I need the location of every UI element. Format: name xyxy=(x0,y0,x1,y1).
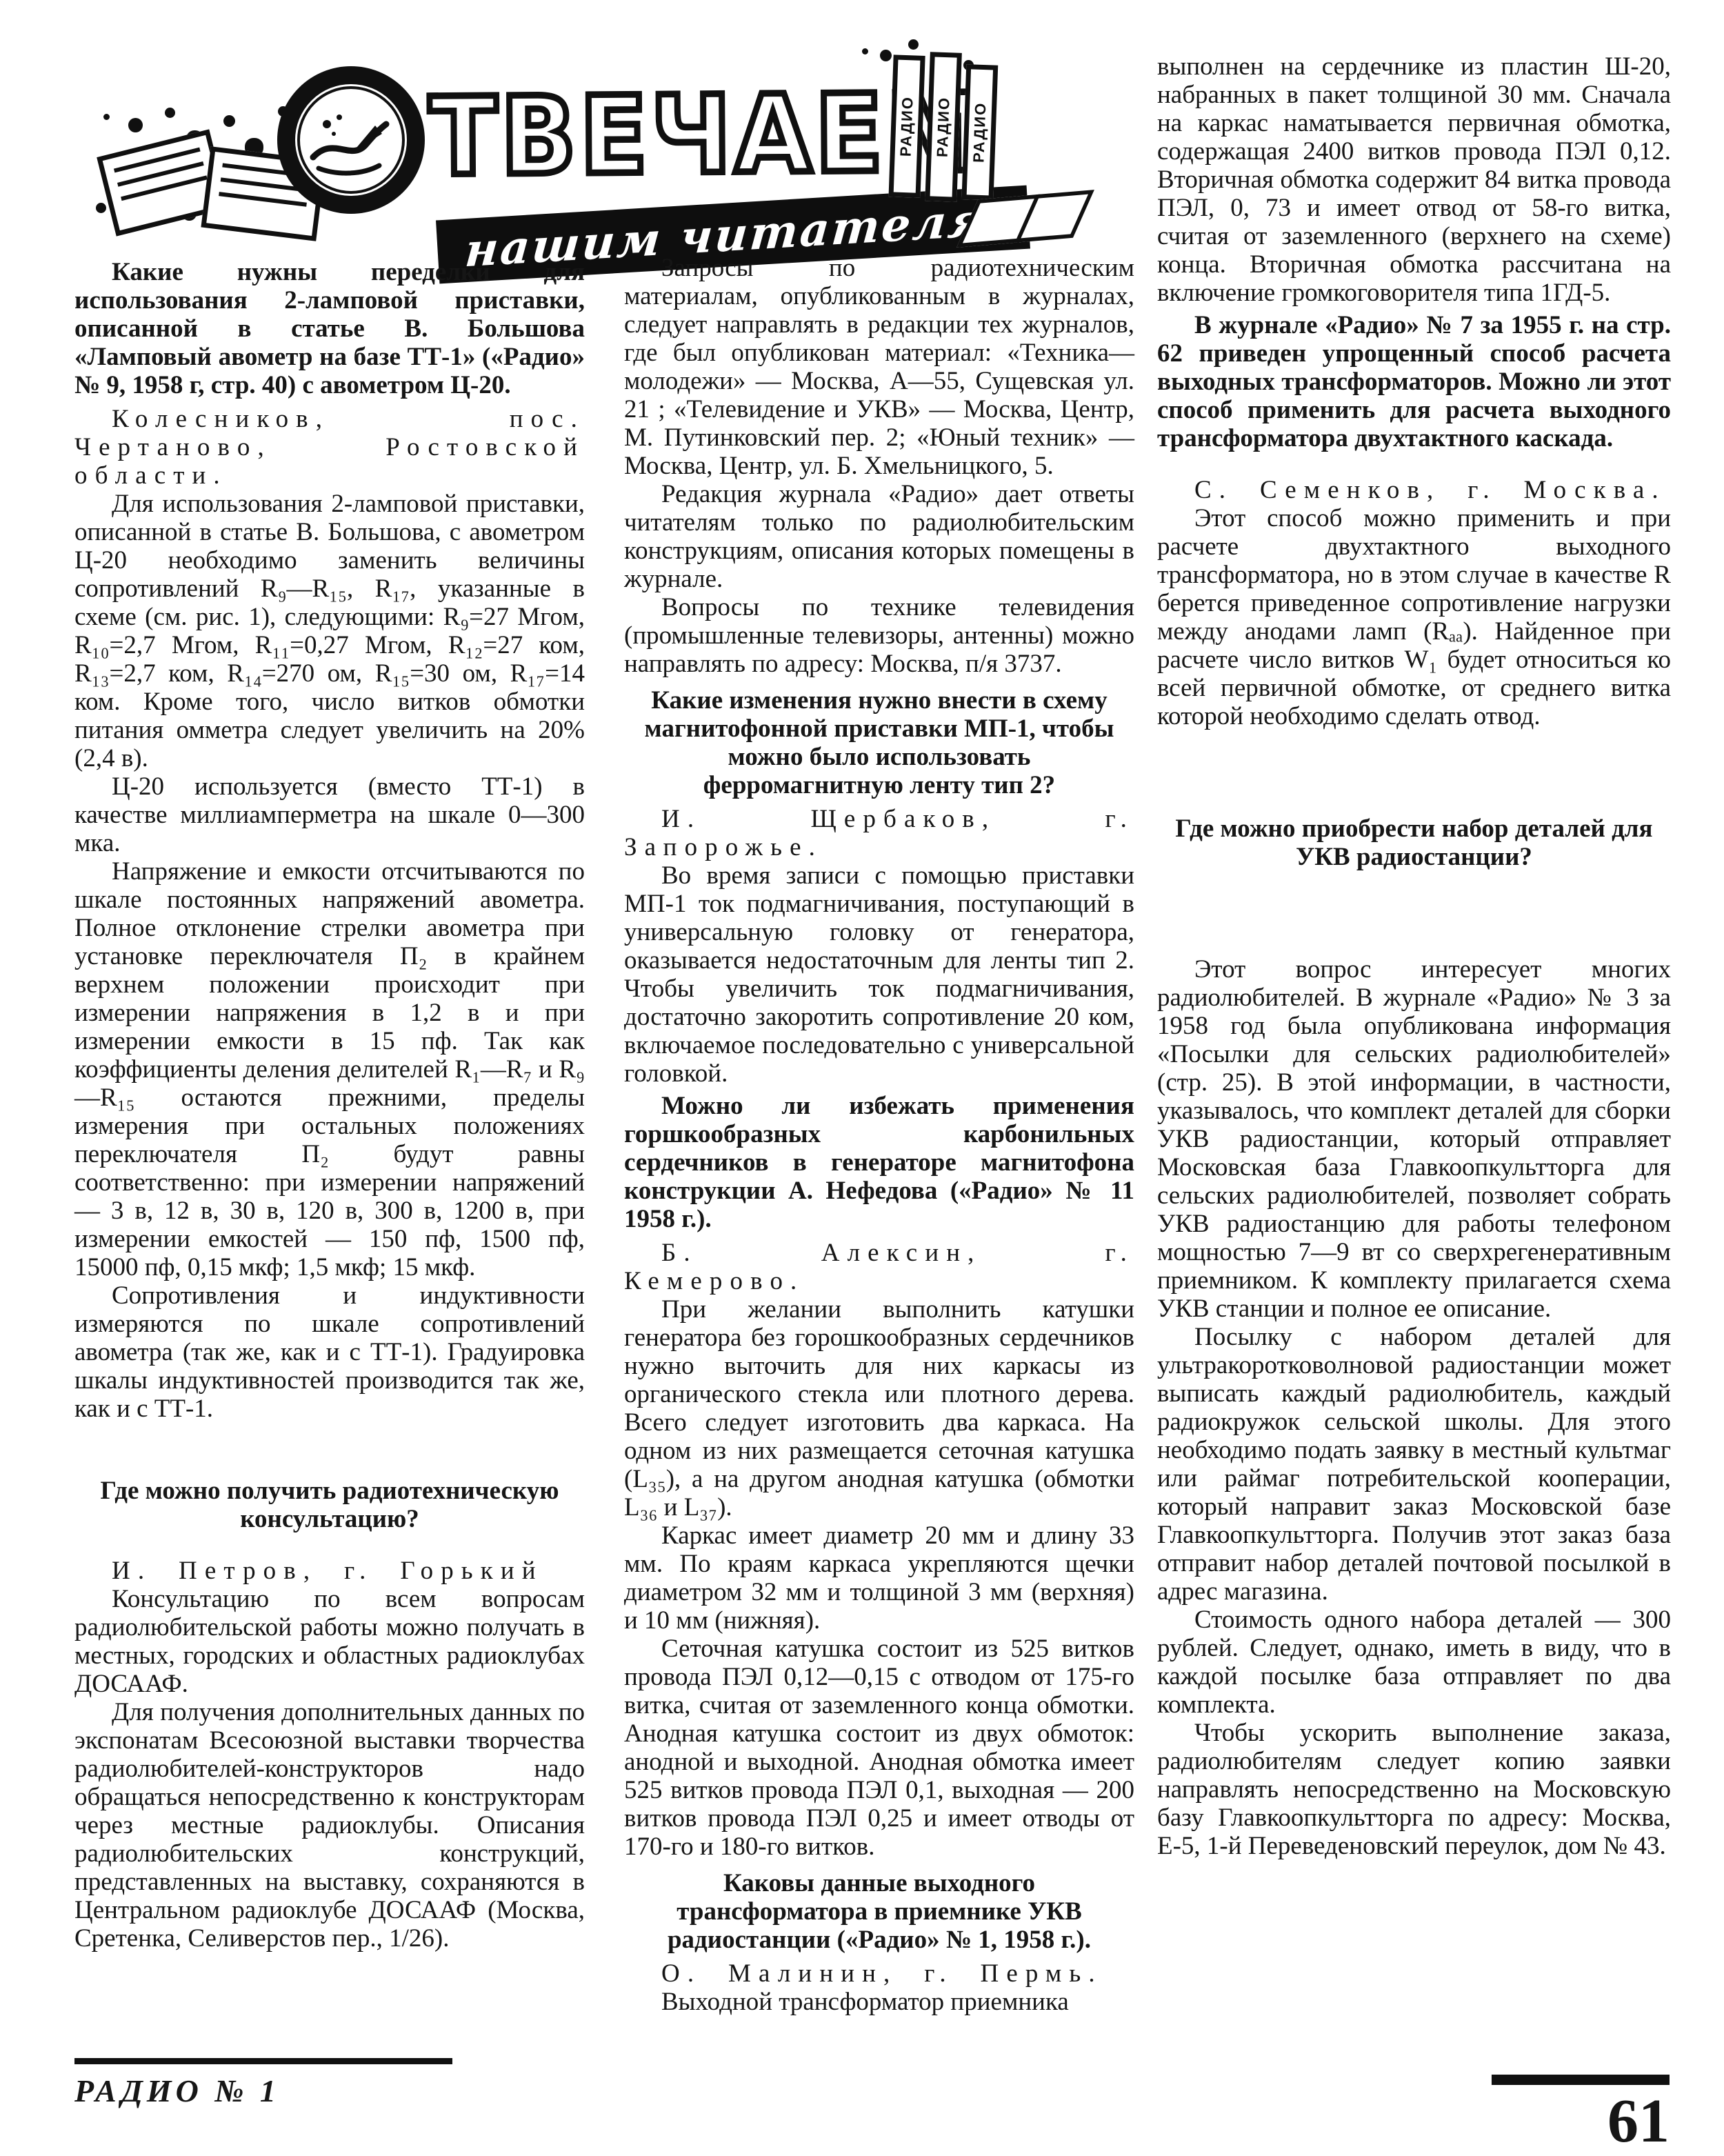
question-heading: В журнале «Радио» № 7 за 1955 г. на стр.… xyxy=(1157,311,1671,452)
body-paragraph: Этот вопрос интересует многих радиолюбит… xyxy=(1157,955,1671,1323)
question-heading: Можно ли избежать применения горшкообраз… xyxy=(624,1092,1134,1233)
question-heading: Какие изменения нужно внести в схему маг… xyxy=(624,686,1134,799)
column-2: Запросы по радиотехническим материалам, … xyxy=(624,254,1134,2016)
page-number-rule xyxy=(1492,2075,1670,2085)
book-spine: РАДИО xyxy=(925,52,962,201)
body-paragraph: Редакция журнала «Радио» дает ответы чит… xyxy=(624,480,1134,593)
footer-journal-block: РАДИО № 1 xyxy=(74,2058,452,2109)
book-spine: РАДИО xyxy=(961,64,998,200)
masthead: ТВЕЧАЕМ ТВЕЧАЕМ нашим читателям РАДИО РА… xyxy=(0,0,1076,248)
book-spine: РАДИО xyxy=(889,54,925,197)
question-heading: Какие нужны переделки для использования … xyxy=(74,258,585,399)
ink-splatter-decoration xyxy=(103,114,110,120)
body-paragraph: Каркас имеет диаметр 20 мм и длину 33 мм… xyxy=(624,1521,1134,1635)
body-paragraph: Ц-20 используется (вместо ТТ-1) в качест… xyxy=(74,772,585,857)
column-1: Какие нужны переделки для использования … xyxy=(74,254,585,1953)
page-number-block: 61 xyxy=(1492,2075,1670,2153)
body-paragraph: Посылку с набором деталей для ультракоро… xyxy=(1157,1323,1671,1606)
body-paragraph: Вопросы по технике телевидения (промышле… xyxy=(624,593,1134,678)
page-number: 61 xyxy=(1492,2090,1670,2153)
author-line: О. Малинин, г. Пермь. xyxy=(624,1959,1134,1988)
author-line: Б. Алексин, г. Кемерово. xyxy=(624,1239,1134,1295)
books-illustration: РАДИО РАДИО РАДИО xyxy=(888,54,998,203)
author-line: И. Петров, г. Горький xyxy=(74,1557,585,1585)
question-heading: Где можно получить радиотехническую конс… xyxy=(74,1477,585,1533)
body-paragraph: Этот способ можно применить и при расчет… xyxy=(1157,504,1671,730)
body-paragraph: Консультацию по всем вопросам радиолюбит… xyxy=(74,1585,585,1698)
column-3: выполнен на сердечнике из пластин Ш-20, … xyxy=(1157,52,1671,1860)
author-line: Колесников, пос. Чертаново, Ростовской о… xyxy=(74,405,585,490)
body-paragraph: Для использования 2-ламповой приставки, … xyxy=(74,490,585,772)
footer-journal-label: РАДИО № 1 xyxy=(74,2073,452,2109)
author-line: И. Щербаков, г. Запорожье. xyxy=(624,805,1134,861)
footer-rule xyxy=(74,2058,452,2064)
body-paragraph: Запросы по радиотехническим материалам, … xyxy=(624,254,1134,480)
magazine-page: ТВЕЧАЕМ ТВЕЧАЕМ нашим читателям РАДИО РА… xyxy=(0,0,1724,2156)
question-heading: Где можно приобрести набор деталей для У… xyxy=(1157,815,1671,871)
body-paragraph: Стоимость одного набора деталей — 300 ру… xyxy=(1157,1606,1671,1719)
body-paragraph: Выходной трансформатор приемника xyxy=(624,1988,1134,2016)
body-paragraph: Сопротивления и индуктивности измеряются… xyxy=(74,1281,585,1423)
body-paragraph: Во время записи с помощью приставки МП-1… xyxy=(624,861,1134,1088)
body-paragraph: Для получения дополнительных данных по э… xyxy=(74,1698,585,1953)
letter-o-emblem xyxy=(277,66,425,214)
emblem-illustration xyxy=(303,94,397,188)
ink-splatter-decoration xyxy=(862,48,868,54)
body-paragraph: Сеточная катушка состоит из 525 витков п… xyxy=(624,1635,1134,1861)
body-paragraph: Напряжение и емкости отсчитываются по шк… xyxy=(74,857,585,1281)
body-paragraph: выполнен на сердечнике из пластин Ш-20, … xyxy=(1157,52,1671,307)
body-paragraph: Чтобы ускорить выполнение заказа, радиол… xyxy=(1157,1719,1671,1860)
body-paragraph: При желании выполнить катушки генератора… xyxy=(624,1295,1134,1521)
question-heading: Каковы данные выходного трансформатора в… xyxy=(624,1869,1134,1954)
author-line: С. Семенков, г. Москва. xyxy=(1157,476,1671,504)
